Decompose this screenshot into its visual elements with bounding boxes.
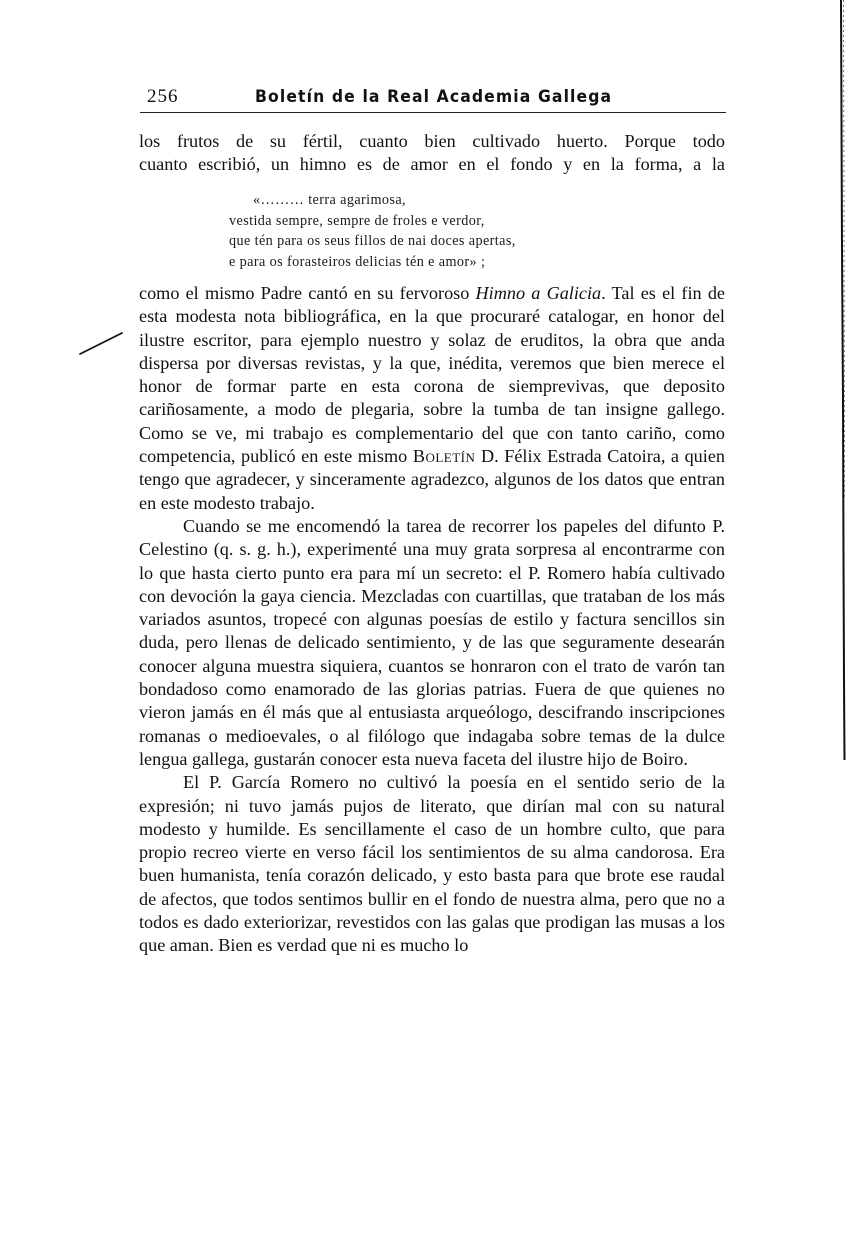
verse-line: e para os forasteiros delicias tén e amo… xyxy=(229,252,516,273)
paragraph-bibliographic-note: como el mismo Padre cantó en su fervoros… xyxy=(139,282,725,515)
intro-line-2: cuanto escribió, un himno es de amor en … xyxy=(139,153,725,176)
smallcaps-boletin: Boletín xyxy=(413,446,476,466)
intro-paragraph: los frutos de su fértil, cuanto bien cul… xyxy=(139,130,725,177)
main-text: como el mismo Padre cantó en su fervoros… xyxy=(139,282,725,958)
scanned-page: 256 Boletín de la Real Academia Gallega … xyxy=(0,0,850,1242)
scan-edge-line xyxy=(838,0,846,760)
page-number: 256 xyxy=(147,86,247,108)
verse-quotation: «……… terra agarimosa, vestida sempre, se… xyxy=(229,190,516,272)
pencil-margin-mark-icon xyxy=(78,330,124,356)
italic-title: Himno a Galicia xyxy=(476,283,602,303)
running-head: 256 Boletín de la Real Academia Gallega xyxy=(147,86,727,114)
paragraph-poetry: El P. García Romero no cultivó la poesía… xyxy=(139,771,725,957)
verse-line: vestida sempre, sempre de froles e verdo… xyxy=(229,211,516,232)
intro-line-1: los frutos de su fértil, cuanto bien cul… xyxy=(139,130,725,153)
header-rule xyxy=(140,112,726,113)
verse-line: «……… terra agarimosa, xyxy=(229,190,516,211)
paragraph-text: como el mismo Padre cantó en su fervoros… xyxy=(139,283,476,303)
verse-line: que tén para os seus fillos de nai doces… xyxy=(229,231,516,252)
paragraph-discovery: Cuando se me encomendó la tarea de recor… xyxy=(139,515,725,771)
journal-title: Boletín de la Real Academia Gallega xyxy=(255,87,612,107)
paragraph-text: . Tal es el fin de esta modesta nota bib… xyxy=(139,283,725,466)
